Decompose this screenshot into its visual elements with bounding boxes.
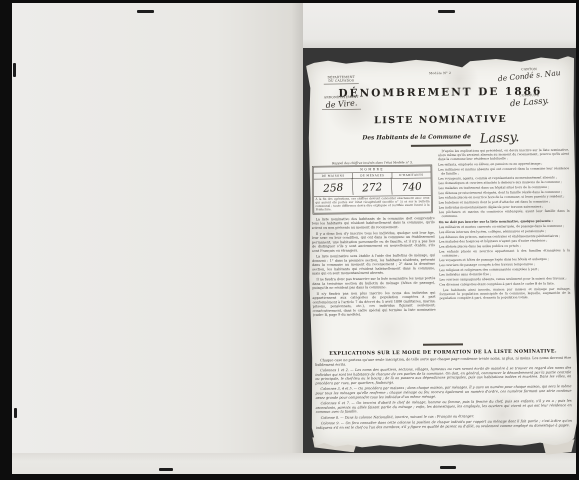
section-rule	[423, 343, 463, 345]
inhabitants-count-handwritten: 740	[392, 177, 432, 196]
left-column: Rappel des chiffres insérés dans l'état …	[311, 161, 436, 342]
explanation-paragraph: Colonne 9. — On fera connaître dans cett…	[316, 419, 572, 430]
liste-nominative-title: LISTE NOMINATIVE	[352, 114, 530, 127]
document-page: DÉPARTEMENT DU CALVADOS ARRONDISSEMENT d…	[306, 55, 578, 448]
commune-handwritten-subtitle: Lassy.	[480, 130, 520, 147]
film-mark	[137, 10, 154, 13]
summary-note: À la fin des opérations, ces chiffres de…	[314, 195, 431, 213]
exclusion-item: Ces diverses catégories étant comptées à…	[439, 282, 570, 287]
film-mark	[14, 408, 17, 418]
right-closing-paragraph: Les habitants ainsi inscrits, maison par…	[439, 287, 570, 300]
instruction-paragraph: Il ne faudra donc pas transcrire sur la …	[312, 276, 435, 290]
film-mark	[159, 468, 173, 471]
form-ref: Modèle N° 2	[400, 71, 480, 75]
summary-caption: Rappel des chiffres insérés dans l'état …	[311, 161, 434, 166]
inclusion-item: Les pêcheurs et marins du commerce embar…	[439, 209, 570, 218]
exclusion-item: Les enfants placés en nourrice appartena…	[439, 249, 570, 258]
instruction-paragraph: La liste nominative sera établie à l'aid…	[312, 253, 435, 275]
households-count-handwritten: 272	[353, 178, 393, 197]
explanations-section: EXPLICATIONS SUR LE MODE DE FORMATION DE…	[315, 345, 572, 444]
canton-block: CANTON de Condé s. Nau	[488, 67, 570, 92]
film-mark	[13, 63, 16, 77]
explanation-paragraph: Colonnes 1 et 2. — Les noms des quartier…	[315, 366, 571, 386]
microfilm-frame: DÉPARTEMENT DU CALVADOS ARRONDISSEMENT d…	[0, 0, 579, 480]
summary-table: NOMBRE DE MAISONS DE MÉNAGES D'HABITANTS…	[313, 166, 431, 214]
houses-count-handwritten: 258	[313, 178, 353, 197]
scan-bottom-strip	[12, 453, 576, 474]
department-value: DU CALVADOS	[310, 79, 372, 83]
inclusion-list: Les enfants, employés ou élèves, en pens…	[438, 162, 570, 219]
instruction-paragraph: La liste nominative des habitants de la …	[312, 216, 435, 230]
right-column: D'après les explications qui précèdent, …	[438, 145, 571, 342]
blank-left-page	[12, 3, 303, 472]
exclusion-list: Les militaires et marins casernés ou emb…	[439, 224, 571, 287]
left-instructions: La liste nominative des habitants de la …	[312, 216, 436, 317]
film-mark	[438, 10, 455, 13]
inclusion-item: Les militaires et marins absents qui ont…	[438, 167, 569, 176]
form-ref-block: Modèle N° 2	[400, 71, 480, 79]
explanation-paragraph: Colonnes 3, 4 et 5. — On procédera par m…	[315, 384, 571, 400]
explanation-paragraph: Colonnes 6 et 7. — On inscrira d'abord l…	[316, 399, 572, 415]
instruction-paragraph: Il y a donc lieu d'y inscrire tous les i…	[312, 231, 435, 253]
subtitle-label: Des Habitants de la Commune de	[362, 134, 471, 141]
instruction-paragraph: Il n'y faudra pas non plus inscrire les …	[312, 291, 435, 318]
inclusion-intro: D'après les explications qui précèdent, …	[438, 148, 569, 161]
film-mark	[440, 466, 456, 469]
